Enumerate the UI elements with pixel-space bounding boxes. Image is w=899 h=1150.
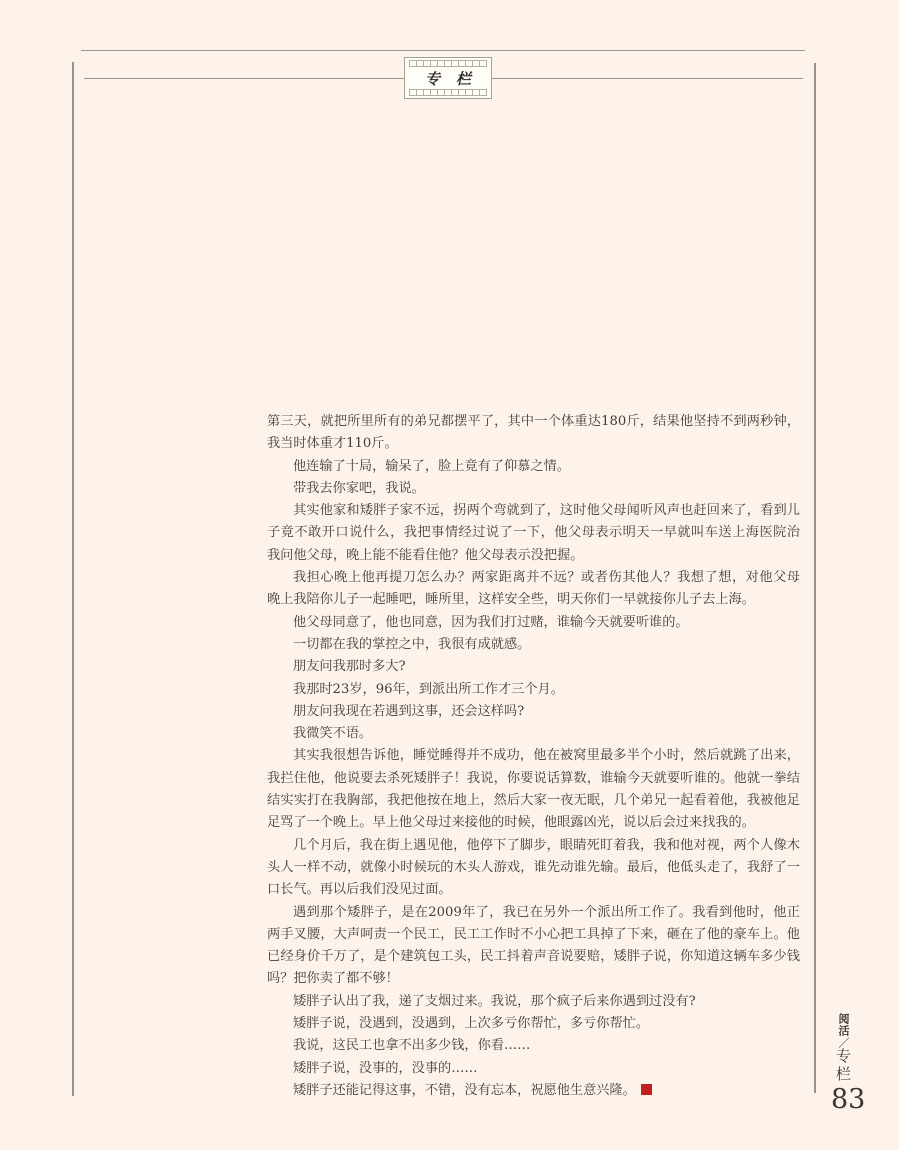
text-line: 遇到那个矮胖子，是在2009年了，我已在另外一个派出所工作了。我看到他时，他正 (267, 902, 800, 924)
text-line: 矮胖子还能记得这事，不错，没有忘本，祝愿他生意兴隆。 (267, 1080, 800, 1102)
text-line: 矮胖子认出了我，递了支烟过来。我说，那个疯子后来你遇到过没有? (267, 991, 800, 1013)
text-line: 口长气。再以后我们没见过面。 (267, 879, 800, 901)
text-line: 结实实打在我胸部，我把他按在地上，然后大家一夜无眠，几个弟兄一起看着他，我被他足 (267, 790, 800, 812)
text-line: 子竟不敢开口说什么，我把事情经过说了一下，他父母表示明天一早就叫车送上海医院治疗… (267, 522, 800, 544)
end-of-article-marker (641, 1084, 652, 1095)
text-line: 我问他父母，晚上能不能看住他？他父母表示没把握。 (267, 545, 800, 567)
left-rule (72, 62, 74, 1096)
text-line: 一切都在我的掌控之中，我很有成就感。 (267, 634, 800, 656)
text-line: 其实我很想告诉他，睡觉睡得并不成功，他在被窝里最多半个小时，然后就跳了出来， (267, 745, 800, 767)
text-line: 带我去你家吧，我说。 (267, 478, 800, 500)
perforation-border-top (409, 60, 487, 67)
text-line: 矮胖子说，没事的，没事的…… (267, 1058, 800, 1080)
section-label-vertical: 阅活／专栏 (834, 1013, 852, 1084)
article-text: 第三天，就把所里所有的弟兄都摆平了，其中一个体重达180斤，结果他坚持不到两秒钟… (267, 411, 800, 1102)
section-separator: ／ (837, 1037, 850, 1048)
magazine-page: { "page": { "background_color": "#fdf3ea… (0, 0, 899, 1150)
section-small-label: 阅活 (837, 1013, 850, 1037)
text-line: 吗？把你卖了都不够！ (267, 968, 800, 990)
text-line: 足骂了一个晚上。早上他父母过来接他的时候，他眼露凶光，说以后会过来找我的。 (267, 812, 800, 834)
text-line: 我担心晚上他再提刀怎么办？两家距离并不远？或者伤其他人？我想了想，对他父母说， (267, 567, 800, 589)
text-line: 其实他家和矮胖子家不远，拐两个弯就到了，这时他父母闻听风声也赶回来了，看到儿 (267, 500, 800, 522)
text-line: 第三天，就把所里所有的弟兄都摆平了，其中一个体重达180斤，结果他坚持不到两秒钟… (267, 411, 800, 433)
text-line: 几个月后，我在街上遇见他，他停下了脚步，眼睛死盯着我，我和他对视，两个人像木 (267, 835, 800, 857)
text-line: 我那时23岁，96年，到派出所工作才三个月。 (267, 679, 800, 701)
text-line: 头人一样不动，就像小时候玩的木头人游戏，谁先动谁先输。最后，他低头走了，我舒了一 (267, 857, 800, 879)
text-line: 我微笑不语。 (267, 723, 800, 745)
section-large-label: 专栏 (834, 1048, 852, 1084)
page-number: 83 (831, 1084, 865, 1115)
text-line: 朋友问我现在若遇到这事，还会这样吗? (267, 701, 800, 723)
column-header-label: 专栏 (405, 69, 491, 87)
text-line: 已经身价千万了，是个建筑包工头，民工抖着声音说要赔，矮胖子说，你知道这辆车多少钱 (267, 946, 800, 968)
article-lines: 第三天，就把所里所有的弟兄都摆平了，其中一个体重达180斤，结果他坚持不到两秒钟… (267, 411, 800, 1102)
column-header-box: 专栏 (404, 57, 492, 99)
text-line: 矮胖子说，没遇到，没遇到，上次多亏你帮忙，多亏你帮忙。 (267, 1013, 800, 1035)
perforation-border-bottom (409, 89, 487, 96)
text-line: 他连输了十局，输呆了，脸上竟有了仰慕之情。 (267, 456, 800, 478)
right-rule (814, 63, 816, 1093)
text-line: 两手叉腰，大声呵责一个民工，民工工作时不小心把工具掉了下来，砸在了他的豪车上。他 (267, 924, 800, 946)
text-line: 朋友问我那时多大? (267, 656, 800, 678)
text-line: 我拦住他，他说要去杀死矮胖子！我说，你要说话算数，谁输今天就要听谁的。他就一拳结 (267, 768, 800, 790)
text-line: 我当时体重才110斤。 (267, 433, 800, 455)
text-line: 他父母同意了，他也同意，因为我们打过赌，谁输今天就要听谁的。 (267, 612, 800, 634)
top-rule (81, 50, 805, 51)
text-line: 晚上我陪你儿子一起睡吧，睡所里，这样安全些，明天你们一早就接你儿子去上海。 (267, 589, 800, 611)
text-line: 我说，这民工也拿不出多少钱，你看…… (267, 1035, 800, 1057)
